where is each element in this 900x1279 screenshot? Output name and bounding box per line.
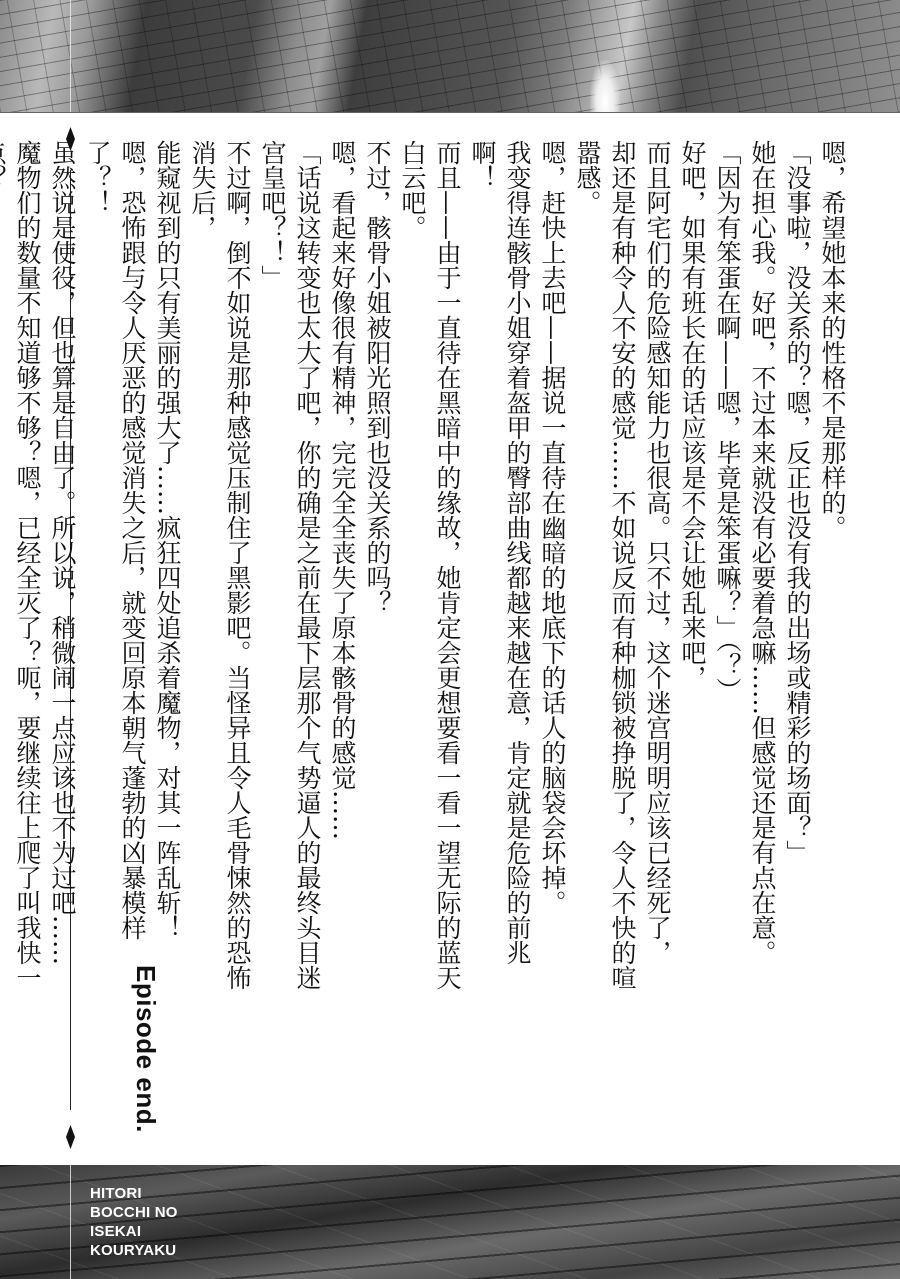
paragraph: 能窥视到的只有美丽的强大了……疯狂四处追杀着魔物，对其一阵乱斩！: [150, 140, 185, 1000]
paragraph: 「话说这转变也太大了吧，你的确是之前在最下层那个气势逼人的最终头目迷宫皇吧？！」: [255, 140, 325, 1000]
frame-line-top: [70, 0, 71, 112]
episode-end-label: Episode end.: [130, 965, 161, 1133]
paragraph: 虽然说是使役，但也算是自由了。所以说，稍微闹一点应该也不为过吧……: [45, 140, 80, 1000]
series-title-logo: HITORI BOCCHI NO ISEKAI KOURYAKU: [90, 1184, 178, 1260]
spirit-flame-illustration: [590, 60, 620, 112]
paragraph: 却还是有种令人不安的感觉……不如说反而有种枷锁被挣脱了，令人不快的喧嚣感。: [570, 140, 640, 1000]
series-title-line: HITORI: [90, 1184, 178, 1203]
paragraph: 不过，骸骨小姐被阳光照到也没关系的吗？: [360, 140, 395, 1000]
diamond-ornament-bottom-icon: [66, 1125, 75, 1149]
series-title-line: ISEKAI: [90, 1222, 178, 1241]
paragraph: 不过啊，倒不如说是那种感觉压制住了黑影吧。当怪异且令人毛骨悚然的恐怖消失后，: [185, 140, 255, 1000]
paragraph: 而且阿宅们的危险感知能力也很高。只不过，这个迷宫明明应该已经死了，: [640, 140, 675, 1000]
paragraph: 嗯，赶快上去吧——据说一直待在幽暗的地底下的话人的脑袋会坏掉。: [535, 140, 570, 1000]
series-title-line: KOURYAKU: [90, 1241, 178, 1260]
paragraph: 我变得连骸骨小姐穿着盔甲的臀部曲线都越来越在意，肯定就是危险的前兆啊！: [465, 140, 535, 1000]
paragraph: 「没事啦，没关系的？嗯，反正也没有我的出场或精彩的场面？」: [780, 140, 815, 1000]
paragraph: 嗯，希望她本来的性格不是那样的。: [815, 140, 850, 1000]
paragraph: 嗯，看起来好像很有精神，完完全全丧失了原本骸骨的感觉……: [325, 140, 360, 1000]
paragraph: 嗯，恐怖跟与令人厌恶的感觉消失之后，就变回原本朝气蓬勃的凶暴模样了？！: [80, 140, 150, 1000]
paragraph: 而且——由于一直待在黑暗中的缘故，她肯定会更想要看一看一望无际的蓝天白云吧。: [395, 140, 465, 1000]
brick-wall-texture: [0, 0, 900, 112]
series-title-line: BOCCHI NO: [90, 1203, 178, 1222]
paragraph: 好吧，如果有班长在的话应该是不会让她乱来吧，: [675, 140, 710, 1000]
paragraph: 魔物们的数量不知道够不够？嗯，已经全灭了？呃，要继续往上爬了叫我快一点？: [0, 140, 45, 1000]
paragraph: 她在担心我。好吧，不过本来就没有必要着急嘛……但感觉还是有点在意。: [745, 140, 780, 1000]
frame-line-bottom: [70, 1165, 71, 1279]
paragraph: 「因为有笨蛋在啊——嗯，毕竟是笨蛋嘛？」（？）: [710, 140, 745, 1000]
novel-text-body: 嗯，希望她本来的性格不是那样的。 「没事啦，没关系的？嗯，反正也没有我的出场或精…: [0, 140, 850, 1000]
top-illustration-banner: [0, 0, 900, 113]
